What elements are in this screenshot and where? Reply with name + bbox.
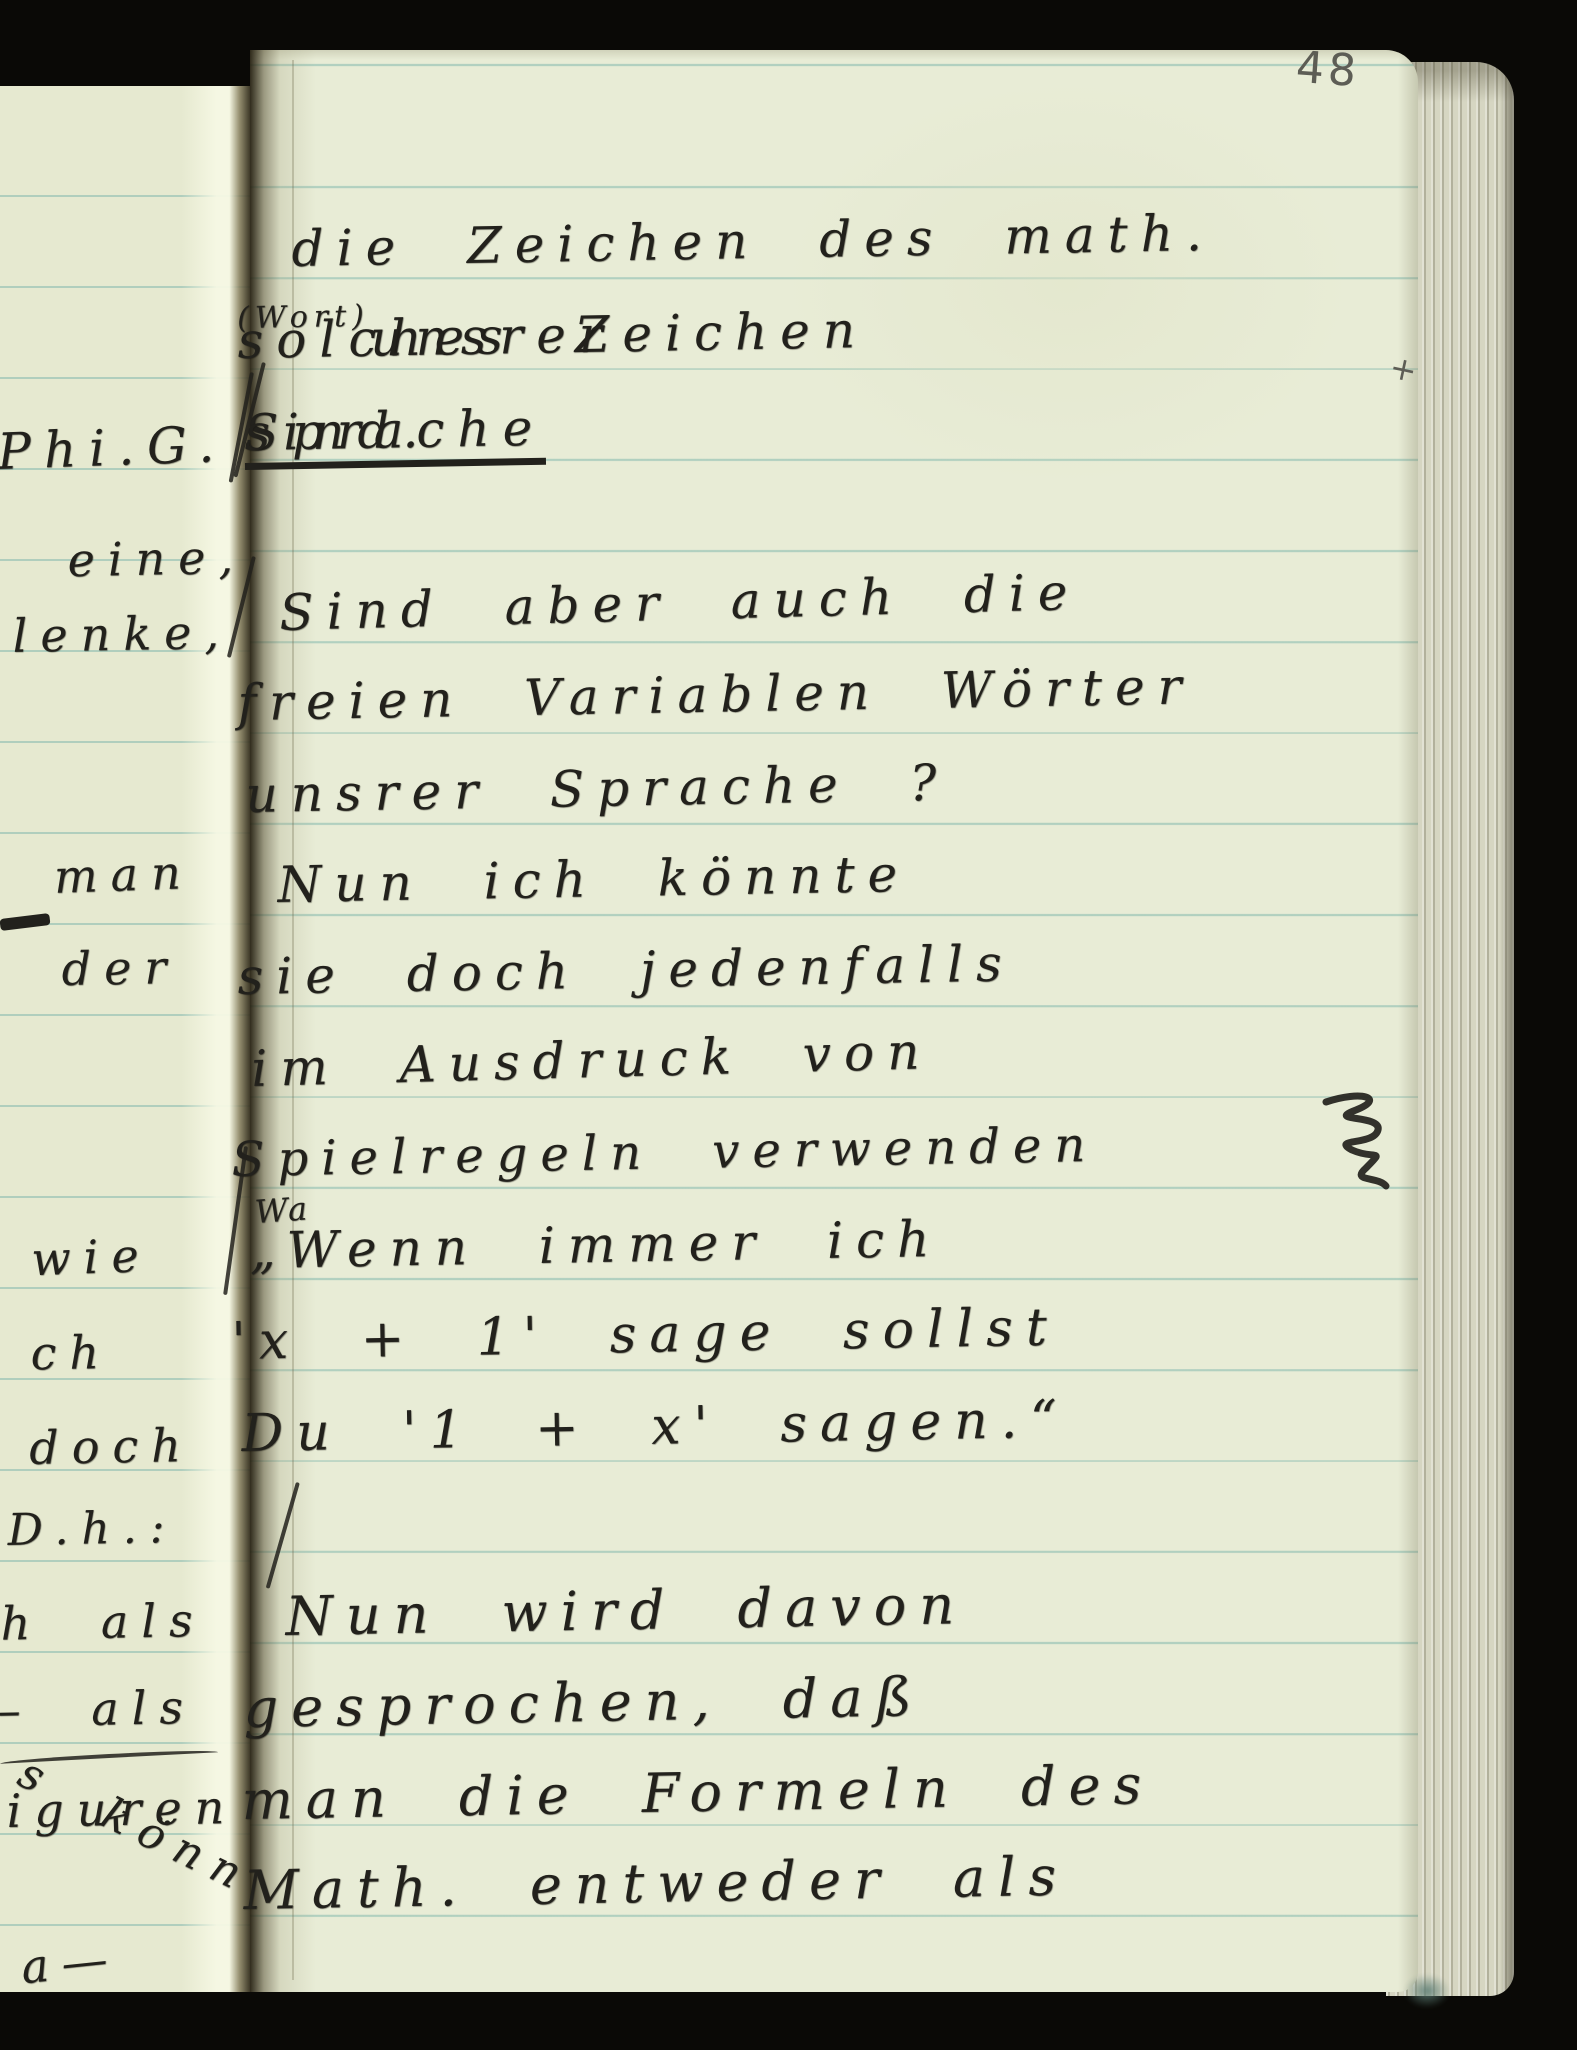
handwritten-line: Spielregeln verwenden xyxy=(231,1121,1098,1184)
handwritten-line-with-superscript: solches Zeichen (Wort) unsrer xyxy=(237,314,371,366)
handwritten-line: Sind aber auch die xyxy=(279,567,1081,638)
handwritten-line: im Ausdruck von xyxy=(251,1026,933,1094)
line3-rest: sind. xyxy=(244,405,432,458)
line2-text-cont: unsrer xyxy=(370,309,616,363)
ink-scribble xyxy=(1316,1088,1400,1192)
paper-fiber xyxy=(1404,1974,1450,2008)
handwritten-line: 'x + 1' sage sollst xyxy=(231,1302,1060,1368)
handwritten-line: unsrer Sprache ? xyxy=(245,758,950,820)
insertion-mark: Wa xyxy=(254,1192,311,1228)
handwritten-line: „Wenn immer ich xyxy=(249,1214,943,1276)
handwritten-line: sie doch jedenfalls xyxy=(237,938,1015,1002)
handwritten-line: Math. entweder als xyxy=(243,1850,1069,1918)
superscript-insertion: (Wort) xyxy=(237,302,370,334)
handwritten-line: Nun ich könnte xyxy=(277,849,910,910)
handwritten-line: gesprochen, daß xyxy=(243,1670,925,1736)
handwritten-line: freien Variablen Wörter xyxy=(237,661,1195,728)
handwritten-line: die Zeichen des math. xyxy=(291,208,1215,274)
handwritten-line: Nun wird davon xyxy=(285,1578,967,1644)
notebook-photo: Phi.G.on eine,lenke,— manderwiech– dochD… xyxy=(0,0,1577,2050)
handwritten-line: Du '1 + x' sagen.“ xyxy=(241,1394,1070,1460)
handwritten-line: man die Formeln des xyxy=(241,1758,1155,1828)
